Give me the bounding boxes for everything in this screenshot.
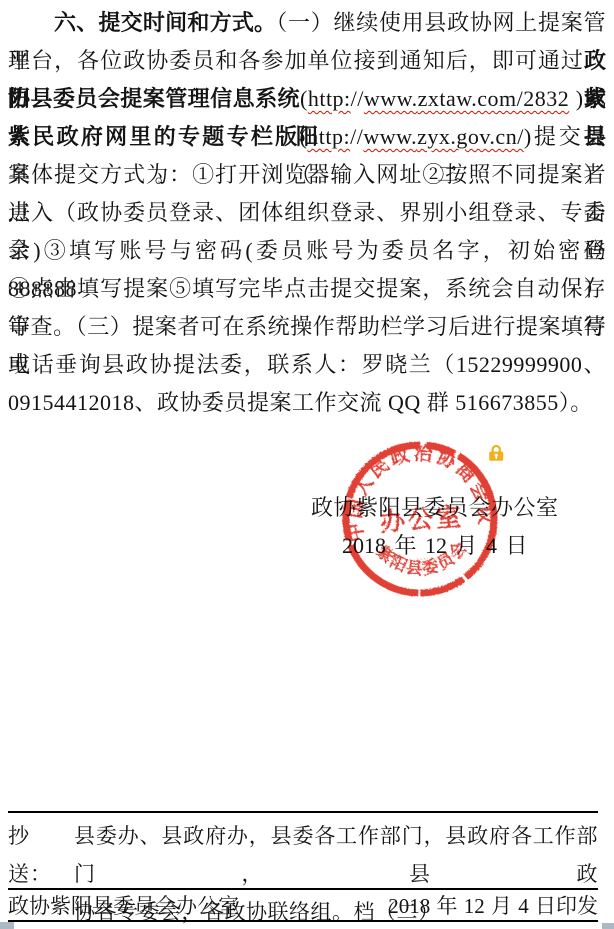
body-line: ④点击填写提案⑤填写完毕点击提交提案，系统会自动保存等待 [8, 270, 606, 308]
page-edge-corner-right [602, 923, 614, 929]
plain-text: 平台，各位政协委员和各参加单位接到通知后，即可通过 [8, 48, 584, 73]
url-text: http: [307, 124, 350, 149]
plain-text: ) [569, 86, 583, 111]
body-line: 人民政府网里的专题专栏版(http://www.zyx.gov.cn/)提交提案… [8, 118, 606, 156]
body-line: 审查。（三）提案者可在系统操作帮助栏学习后进行提案填写或 [8, 308, 606, 346]
colophon-divider-top [8, 811, 598, 813]
body-text: 六、提交时间和方式。（一）继续使用县政协网上提案管理平台，各位政协委员和各参加单… [8, 4, 606, 422]
body-line: 电话垂询县政协提法委，联系人：罗晓兰（15229999900、 [8, 346, 606, 384]
body-line: 六、提交时间和方式。（一）继续使用县政协网上提案管理 [8, 4, 606, 42]
issue-row: 政协紫阳县委员会办公室 2018 年 12 月 4 日印发 [8, 894, 598, 919]
plain-text: // [351, 86, 364, 111]
official-seal: 中国人民政治协商会议 紫阳县委员会 办公室 · · · · · · · · · … [338, 437, 502, 601]
url-text: zxtaw.com/2832 [418, 86, 570, 111]
colophon-divider-bottom [8, 920, 598, 922]
bold-text: 六、提交时间和方式。 [54, 10, 276, 35]
body-line: 阳县委员会提案管理信息系统(http://www.zxtaw.com/2832 … [8, 80, 606, 118]
body-line: 09154412018、政协委员提案工作交流 QQ 群 516673855）。 [8, 384, 606, 422]
url-text: http: [308, 86, 351, 111]
issuing-office: 政协紫阳县委员会办公室 [8, 894, 239, 919]
issue-date: 2018 年 12 月 4 日印发 [388, 894, 598, 919]
seal-center-text: 办公室 [379, 503, 465, 537]
page-edge-corner-left [0, 922, 14, 929]
plain-text: // [350, 124, 363, 149]
body-line: 具体提交方式为：①打开浏览器输入网址②按照不同提案者点击 [8, 156, 606, 194]
plain-text: 09154412018、政协委员提案工作交流 QQ 群 516673855）。 [8, 390, 593, 415]
body-line: 进入（政协委员登录、团体组织登录、界别小组登录、专委会登 [8, 194, 606, 232]
body-line: 平台，各位政协委员和各参加单位接到通知后，即可通过政协紫 [8, 42, 606, 80]
url-text: zyx.gov.cn/ [417, 124, 524, 149]
plain-text: ( [300, 86, 308, 111]
url-text: www. [363, 124, 417, 149]
document-page: 六、提交时间和方式。（一）继续使用县政协网上提案管理平台，各位政协委员和各参加单… [0, 0, 614, 929]
colophon-divider-middle [8, 888, 598, 890]
bold-text: 阳县委员会提案管理信息系统 [8, 86, 300, 111]
bold-text: 人民政府网里的专题专栏版 [8, 124, 299, 149]
url-text: www. [364, 86, 418, 111]
cc-line-1: 县委办、县政府办，县委各工作部门，县政府各工作部门，县政 [74, 817, 598, 893]
plain-text: 电话垂询县政协提法委，联系人：罗晓兰（15229999900、 [8, 352, 606, 377]
lock-icon[interactable] [487, 444, 506, 462]
body-line: 录)③填写账号与密码(委员账号为委员名字，初始密码 888888） [8, 232, 606, 270]
